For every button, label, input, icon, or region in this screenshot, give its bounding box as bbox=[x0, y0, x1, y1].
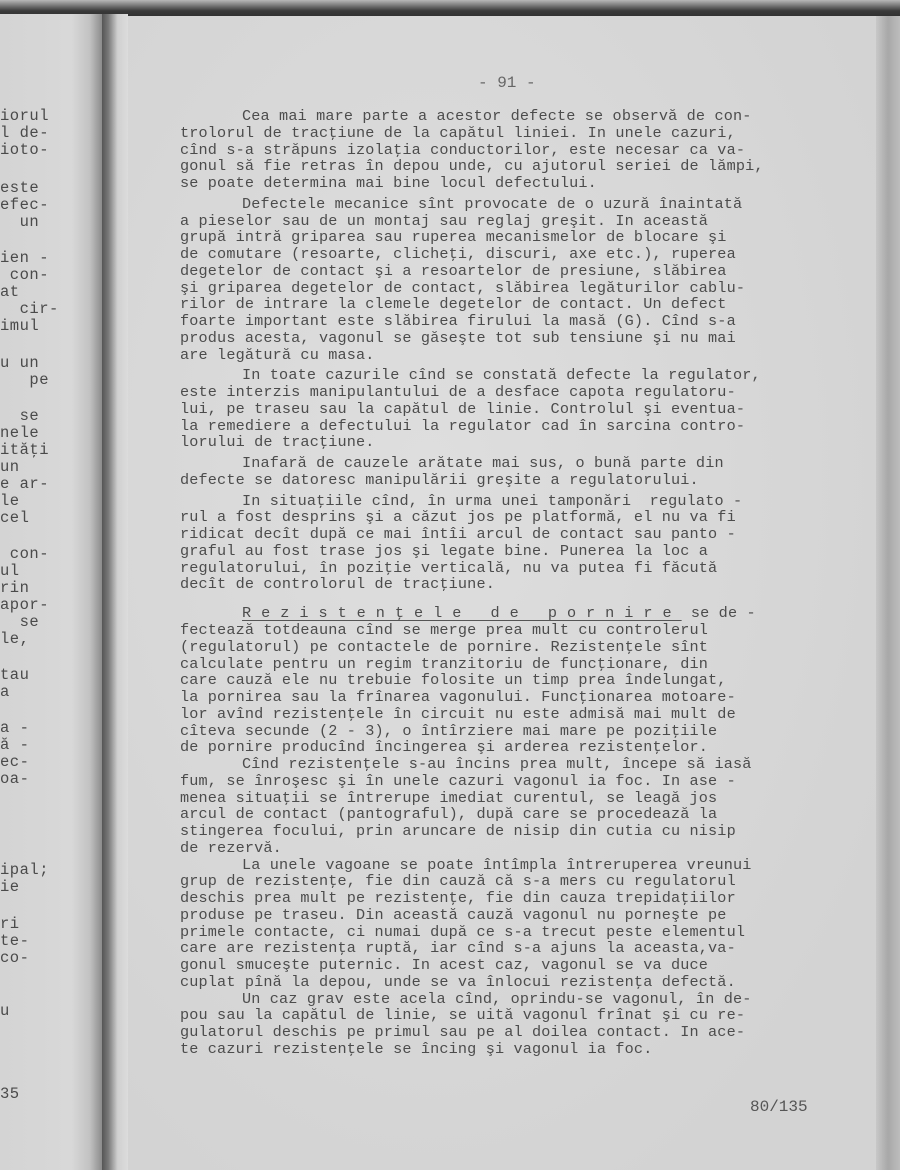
left-page-text-fragment: este bbox=[0, 180, 39, 196]
text-line: graful au fost trase jos şi legate bine.… bbox=[180, 543, 850, 560]
left-page-text-fragment: ioto- bbox=[0, 142, 49, 158]
text-line: produs acesta, vagonul se găseşte tot su… bbox=[180, 330, 850, 347]
text-line: In toate cazurile cînd se constată defec… bbox=[180, 367, 850, 384]
left-page-text-fragment: oa- bbox=[0, 771, 29, 787]
left-page-text-fragment: 35 bbox=[0, 1086, 20, 1102]
text-line: La unele vagoane se poate întîmpla între… bbox=[180, 857, 850, 874]
left-page-text-fragment: se bbox=[0, 408, 39, 424]
left-page-text-fragment: le, bbox=[0, 631, 29, 647]
text-line: fum, se înroşesc şi în unele cazuri vago… bbox=[180, 773, 850, 790]
left-page-text-fragment: u un bbox=[0, 355, 39, 371]
left-page-text-fragment: con- bbox=[0, 546, 49, 562]
text-line: Cînd rezistenţele s-au încins prea mult,… bbox=[180, 756, 850, 773]
book-gutter bbox=[102, 14, 128, 1170]
text-line: calculate pentru un regim tranzitoriu de… bbox=[180, 656, 850, 673]
section-heading-title: Rezistenţele de pornire bbox=[180, 604, 682, 622]
left-page-text-fragment: u bbox=[0, 1003, 10, 1019]
right-page-edge bbox=[876, 16, 900, 1170]
left-page-text-fragment: con- bbox=[0, 267, 49, 283]
page-footer-reference: 80/135 bbox=[750, 1098, 808, 1116]
left-page-text-fragment: rin bbox=[0, 580, 29, 596]
text-line: degetelor de contact şi a resoartelor de… bbox=[180, 263, 850, 280]
text-line: Un caz grav este acela cînd, oprindu-se … bbox=[180, 991, 850, 1008]
text-line: ridicat decît după ce mai întîi arcul de… bbox=[180, 526, 850, 543]
text-line: a pieselor sau de un montaj sau reglaj g… bbox=[180, 213, 850, 230]
text-line: care are rezistenţa ruptă, iar cînd s-a … bbox=[180, 940, 850, 957]
text-line: defecte se datoresc manipulării greşite … bbox=[180, 472, 850, 489]
text-line: produse pe traseu. Din această cauză vag… bbox=[180, 907, 850, 924]
left-page-text-fragment: a bbox=[0, 684, 10, 700]
text-line: la remediere a defectului la regulator c… bbox=[180, 418, 850, 435]
left-page-text-fragment: ri bbox=[0, 916, 20, 932]
text-line: rul a fost desprins şi a căzut jos pe pl… bbox=[180, 509, 850, 526]
text-line: pou sau la capătul de linie, se uită vag… bbox=[180, 1007, 850, 1024]
text-line: Defectele mecanice sînt provocate de o u… bbox=[180, 196, 850, 213]
text-line: regulatorului, în poziţie verticală, nu … bbox=[180, 560, 850, 577]
text-line: cîteva secunde (2 - 3), o întîrziere mai… bbox=[180, 723, 850, 740]
left-page-text-fragment: ien - bbox=[0, 250, 49, 266]
text-line: se poate determina mai bine locul defect… bbox=[180, 175, 850, 192]
text-line: lui, pe traseu sau la capătul de linie. … bbox=[180, 401, 850, 418]
left-page-text-fragment: un bbox=[0, 459, 20, 475]
left-page-text-fragment: a - bbox=[0, 720, 29, 736]
text-line: şi griparea degetelor de contact, slăbir… bbox=[180, 280, 850, 297]
text-line: de rezervă. bbox=[180, 840, 850, 857]
left-page-text-fragment: ipal; bbox=[0, 862, 49, 878]
page-number: - 91 - bbox=[478, 74, 536, 92]
text-line: deschis prea mult pe rezistenţe, fie din… bbox=[180, 890, 850, 907]
text-line: Inafară de cauzele arătate mai sus, o bu… bbox=[180, 455, 850, 472]
left-page-text-fragment: e ar- bbox=[0, 476, 49, 492]
left-page-text-fragment: cir- bbox=[0, 301, 59, 317]
left-page-text-fragment: ităţi bbox=[0, 442, 49, 458]
text-line: trolorul de tracţiune de la capătul lini… bbox=[180, 125, 850, 142]
left-page-text-fragment: te- bbox=[0, 933, 29, 949]
left-page-text-fragment: ul bbox=[0, 563, 20, 579]
section-heading-continuation: se de - bbox=[682, 604, 756, 622]
text-line: lor avînd rezistenţele în circuit nu est… bbox=[180, 706, 850, 723]
left-page-text-fragment: le bbox=[0, 493, 20, 509]
text-line: de pornire producînd încingerea şi arder… bbox=[180, 739, 850, 756]
text-line: te cazuri rezistenţele se încing şi vago… bbox=[180, 1041, 850, 1058]
left-page-text-fragment: cel bbox=[0, 510, 29, 526]
left-page-fragment: iorull de-ioto-esteefec- unien - con-at … bbox=[0, 14, 102, 1170]
left-page-text-fragment: at bbox=[0, 284, 20, 300]
text-line: stingerea focului, prin aruncare de nisi… bbox=[180, 823, 850, 840]
left-page-text-fragment: l de- bbox=[0, 125, 49, 141]
text-line: este interzis manipulantului de a desfac… bbox=[180, 384, 850, 401]
left-page-text-fragment: nele bbox=[0, 425, 39, 441]
left-page-text-fragment: apor- bbox=[0, 597, 49, 613]
text-line: grup de rezistenţe, fie din cauză că s-a… bbox=[180, 873, 850, 890]
left-page-text-fragment: un bbox=[0, 214, 39, 230]
left-page-text-fragment: iorul bbox=[0, 108, 49, 124]
text-line: gulatorul deschis pe primul sau pe al do… bbox=[180, 1024, 850, 1041]
text-line: gonul să fie retras în depou unde, cu aj… bbox=[180, 158, 850, 175]
text-line: decît de controlorul de tracţiune. bbox=[180, 576, 850, 593]
left-page-text-fragment: ec- bbox=[0, 754, 29, 770]
text-line: la pornirea sau la frînarea vagonului. F… bbox=[180, 689, 850, 706]
text-line: are legătură cu masa. bbox=[180, 347, 850, 364]
text-line: gonul smuceşte puternic. In acest caz, v… bbox=[180, 957, 850, 974]
left-page-text-fragment: efec- bbox=[0, 197, 49, 213]
text-line: de comutare (resoarte, clicheţi, discuri… bbox=[180, 246, 850, 263]
text-line: (regulatorul) pe contactele de pornire. … bbox=[180, 639, 850, 656]
page-body-text: Cea mai mare parte a acestor defecte se … bbox=[180, 108, 850, 1058]
text-line: In situaţiile cînd, în urma unei tamponă… bbox=[180, 493, 850, 510]
left-page-text-fragment: ă - bbox=[0, 737, 29, 753]
text-line: rilor de intrare la clemele degetelor de… bbox=[180, 296, 850, 313]
text-line: grupă intră griparea sau ruperea mecanis… bbox=[180, 229, 850, 246]
text-line: primele contacte, ci numai după ce s-a t… bbox=[180, 924, 850, 941]
text-line: fectează totdeauna cînd se merge prea mu… bbox=[180, 622, 850, 639]
text-line: menea situaţii se întrerupe imediat cure… bbox=[180, 790, 850, 807]
section-heading: Rezistenţele de pornire se de - bbox=[180, 605, 850, 622]
left-page-text-fragment: imul bbox=[0, 318, 39, 334]
text-line: cuplat pînă la depou, unde se va înlocui… bbox=[180, 974, 850, 991]
left-page-text-fragment: ie bbox=[0, 879, 20, 895]
text-line: Cea mai mare parte a acestor defecte se … bbox=[180, 108, 850, 125]
text-line: cînd s-a străpuns izolaţia conductorilor… bbox=[180, 142, 850, 159]
text-line: lorului de tracţiune. bbox=[180, 434, 850, 451]
text-line: care cauză ele nu trebuie folosite un ti… bbox=[180, 672, 850, 689]
left-page-text-fragment: co- bbox=[0, 950, 29, 966]
left-page-text-fragment: tau bbox=[0, 667, 29, 683]
left-page-text-fragment: se bbox=[0, 614, 39, 630]
text-line: foarte important este slăbirea firului l… bbox=[180, 313, 850, 330]
left-page-text-fragment: pe bbox=[0, 372, 49, 388]
text-line: arcul de contact (pantograful), după car… bbox=[180, 806, 850, 823]
